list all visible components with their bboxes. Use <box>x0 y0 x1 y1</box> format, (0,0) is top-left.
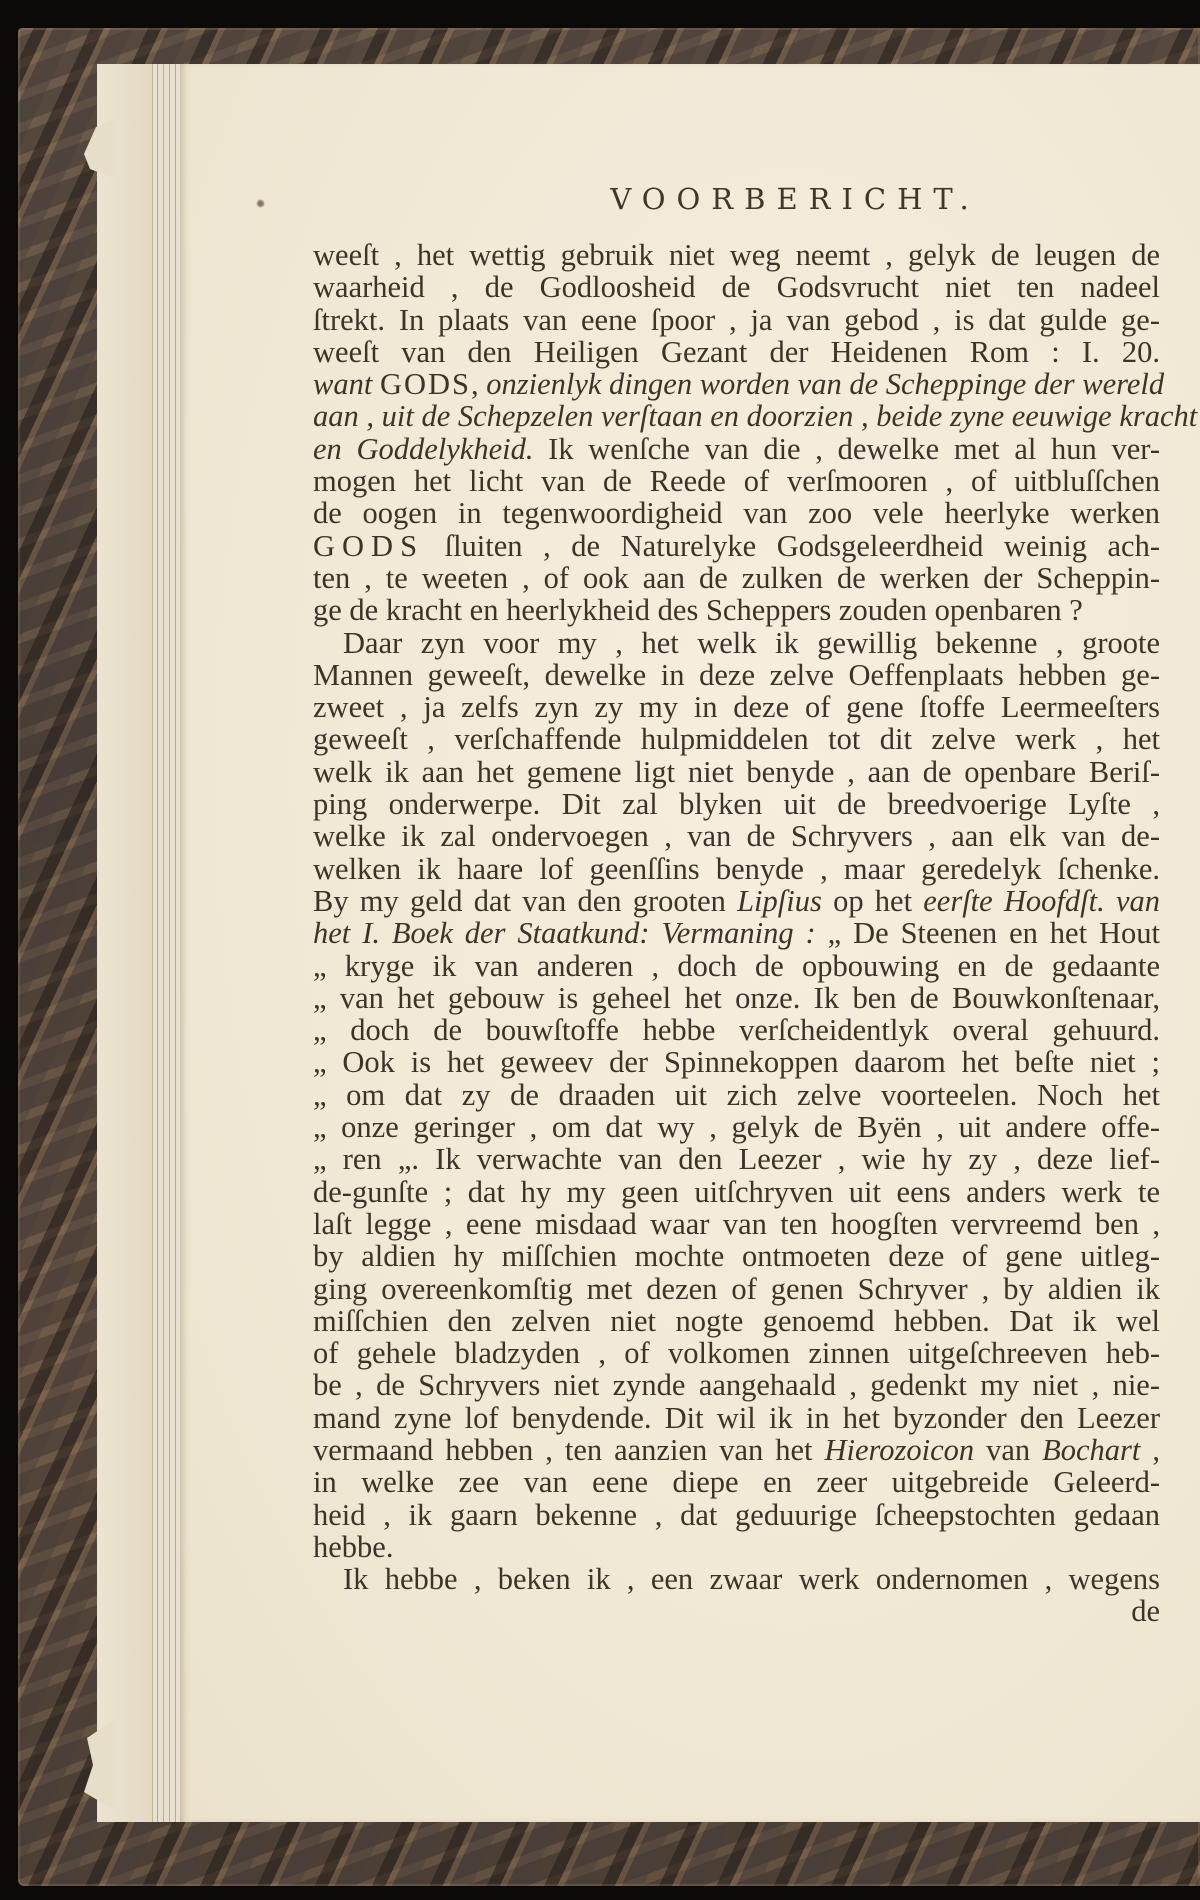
flyleaf <box>97 64 153 1822</box>
text-line: geweeſt , verſchaffende hulpmiddelen tot… <box>313 723 1160 755</box>
text-line: vermaand hebben , ten aanzien van het Hi… <box>313 1434 1160 1466</box>
text-run: de-gunſte ; dat hy my geen uitſchryven u… <box>313 1175 1160 1209</box>
text-run: Ik hebbe , beken ik , een zwaar werk ond… <box>343 1562 1160 1596</box>
text-run: op het <box>822 884 923 918</box>
text-run: GODS <box>380 367 471 401</box>
text-run: „ doch de bouwſtoffe hebbe verſcheidentl… <box>313 1013 1160 1047</box>
text-run: ten , te weeten , of ook aan de zulken d… <box>313 561 1160 595</box>
text-run: ge de kracht en heerlykheid des Schepper… <box>313 593 1083 627</box>
text-line: welk ik aan het gemene ligt niet benyde … <box>313 756 1160 788</box>
catchword: de <box>313 1595 1160 1627</box>
text-run: By my geld dat van den grooten <box>313 884 737 918</box>
text-line: „ onze geringer , om dat wy , gelyk de B… <box>313 1111 1160 1143</box>
text-line: „ Ook is het geweev der Spinnekoppen daa… <box>313 1046 1160 1078</box>
text-line: GODS ſluiten , de Naturelyke Godsgeleerd… <box>313 530 1160 562</box>
text-line: waarheid , de Godloosheid de Godsvrucht … <box>313 271 1160 303</box>
text-run: „ van het gebouw is geheel het onze. Ik … <box>313 981 1160 1015</box>
text-line: en Goddelykheid. Ik wenſche van die , de… <box>313 433 1160 465</box>
text-run: welken ik haare lof geenſſins benyde , m… <box>313 852 1160 886</box>
text-line: heid , ik gaarn bekenne , dat geduurige … <box>313 1499 1160 1531</box>
text-line: in welke zee van eene diepe en zeer uitg… <box>313 1466 1160 1498</box>
text-run: Daar zyn voor my , het welk ik gewillig … <box>343 626 1160 660</box>
italic-run: het I. Boek der Staatkund: Vermaning : <box>313 916 816 950</box>
text-run: welk ik aan het gemene ligt niet benyde … <box>313 755 1160 789</box>
text-line: Mannen geweeſt, dewelke in deze zelve Oe… <box>313 659 1160 691</box>
text-line: „ ren „. Ik verwachte van den Leezer , w… <box>313 1143 1160 1175</box>
text-line: ping onderwerpe. Dit zal blyken uit de b… <box>313 788 1160 820</box>
text-line: de-gunſte ; dat hy my geen uitſchryven u… <box>313 1176 1160 1208</box>
book-scan: VOORBERICHT. weeſt , het wettig gebruik … <box>0 0 1200 1900</box>
text-run: „ Ook is het geweev der Spinnekoppen daa… <box>313 1045 1160 1079</box>
text-line: het I. Boek der Staatkund: Vermaning : „… <box>313 917 1160 949</box>
text-run: of gehele bladzyden , of volkomen zinnen… <box>313 1336 1160 1370</box>
running-head: VOORBERICHT. <box>180 182 1200 216</box>
text-line: mogen het licht van de Reede of verſmoor… <box>313 465 1160 497</box>
text-run: ſtrekt. In plaats van eene ſpoor , ja va… <box>313 303 1160 337</box>
text-line: Daar zyn voor my , het welk ik gewillig … <box>313 627 1160 659</box>
text-run: welke ik zal ondervoegen , van de Schryv… <box>313 819 1160 853</box>
text-line: „ van het gebouw is geheel het onze. Ik … <box>313 982 1160 1014</box>
italic-run: aan , uit de Schepzelen verſtaan en door… <box>313 399 1197 433</box>
text-line: „ om dat zy de draaden uit zich zelve vo… <box>313 1079 1160 1111</box>
text-run: , <box>471 367 486 401</box>
text-run: ſluiten , de Naturelyke Godsgeleerdheid … <box>424 529 1160 563</box>
text-line: Ik hebbe , beken ik , een zwaar werk ond… <box>313 1563 1160 1595</box>
text-run: „ ren „. Ik verwachte van den Leezer , w… <box>313 1142 1160 1176</box>
italic-run: Lipſius <box>737 884 822 918</box>
text-run: „ onze geringer , om dat wy , gelyk de B… <box>313 1110 1160 1144</box>
text-run: „ De Steenen en het Hout <box>816 916 1160 950</box>
text-run: ging overeenkomſtig met dezen of genen S… <box>313 1272 1160 1306</box>
text-line: weeſt van den Heiligen Gezant der Heiden… <box>313 336 1160 368</box>
italic-run: eerſte Hoofdſt. van <box>923 884 1160 918</box>
text-line: weeſt , het wettig gebruik niet weg neem… <box>313 239 1160 271</box>
text-line: de oogen in tegenwoordigheid van zoo vel… <box>313 497 1160 529</box>
text-line: By my geld dat van den grooten Lipſius o… <box>313 885 1160 917</box>
text-run: mogen het licht van de Reede of verſmoor… <box>313 464 1160 498</box>
text-line: mand zyne lof benydende. Dit wil ik in h… <box>313 1402 1160 1434</box>
text-run: in welke zee van eene diepe en zeer uitg… <box>313 1465 1160 1499</box>
italic-run: Bochart <box>1042 1433 1140 1467</box>
text-run: van <box>974 1433 1042 1467</box>
text-run: be , de Schryvers niet zynde aangehaald … <box>313 1368 1160 1402</box>
text-run: laſt legge , eene misdaad waar van ten h… <box>313 1207 1160 1241</box>
text-run: GODS <box>313 529 424 563</box>
text-run: „ kryge ik van anderen , doch de opbouwi… <box>313 949 1160 983</box>
text-run: , <box>1140 1433 1160 1467</box>
text-line: ten , te weeten , of ook aan de zulken d… <box>313 562 1160 594</box>
text-line: welke ik zal ondervoegen , van de Schryv… <box>313 820 1160 852</box>
text-run: de oogen in tegenwoordigheid van zoo vel… <box>313 496 1160 530</box>
text-run: vermaand hebben , ten aanzien van het <box>313 1433 824 1467</box>
text-line: by aldien hy miſſchien mochte ontmoeten … <box>313 1240 1160 1272</box>
text-run: „ om dat zy de draaden uit zich zelve vo… <box>313 1078 1160 1112</box>
text-run: weeſt van den Heiligen Gezant der Heiden… <box>313 335 1160 369</box>
text-run: weeſt , het wettig gebruik niet weg neem… <box>313 238 1160 272</box>
text-line: ge de kracht en heerlykheid des Schepper… <box>313 594 1160 626</box>
text-run: by aldien hy miſſchien mochte ontmoeten … <box>313 1239 1160 1273</box>
text-line: of gehele bladzyden , of volkomen zinnen… <box>313 1337 1160 1369</box>
italic-run: onzienlyk dingen worden van de Schepping… <box>486 367 1164 401</box>
text-run: heid , ik gaarn bekenne , dat geduurige … <box>313 1498 1160 1532</box>
text-run: Ik wenſche van die , dewelke met al hun … <box>533 432 1160 466</box>
text-line: hebbe. <box>313 1531 1160 1563</box>
text-run: hebbe. <box>313 1530 393 1564</box>
text-line: miſſchien den zelven niet nogte genoemd … <box>313 1305 1160 1337</box>
text-line: „ doch de bouwſtoffe hebbe verſcheidentl… <box>313 1014 1160 1046</box>
text-run: zweet , ja zelfs zyn zy my in deze of ge… <box>313 690 1160 724</box>
text-run: ping onderwerpe. Dit zal blyken uit de b… <box>313 787 1160 821</box>
italic-run: en Goddelykheid. <box>313 432 533 466</box>
text-line: laſt legge , eene misdaad waar van ten h… <box>313 1208 1160 1240</box>
text-run: miſſchien den zelven niet nogte genoemd … <box>313 1304 1160 1338</box>
text-run: waarheid , de Godloosheid de Godsvrucht … <box>313 270 1160 304</box>
text-run: mand zyne lof benydende. Dit wil ik in h… <box>313 1401 1160 1435</box>
text-line: want GODS, onzienlyk dingen worden van d… <box>313 368 1160 400</box>
italic-run: want <box>313 367 380 401</box>
text-run: geweeſt , verſchaffende hulpmiddelen tot… <box>313 722 1160 756</box>
text-line: „ kryge ik van anderen , doch de opbouwi… <box>313 950 1160 982</box>
body-text: weeſt , het wettig gebruik niet weg neem… <box>313 239 1160 1628</box>
text-line: zweet , ja zelfs zyn zy my in deze of ge… <box>313 691 1160 723</box>
text-line: ſtrekt. In plaats van eene ſpoor , ja va… <box>313 304 1160 336</box>
text-line: welken ik haare lof geenſſins benyde , m… <box>313 853 1160 885</box>
italic-run: Hierozoicon <box>824 1433 974 1467</box>
text-line: ging overeenkomſtig met dezen of genen S… <box>313 1273 1160 1305</box>
text-run: Mannen geweeſt, dewelke in deze zelve Oe… <box>313 658 1160 692</box>
text-line: be , de Schryvers niet zynde aangehaald … <box>313 1369 1160 1401</box>
text-line: aan , uit de Schepzelen verſtaan en door… <box>313 400 1160 432</box>
book-page: VOORBERICHT. weeſt , het wettig gebruik … <box>180 64 1200 1822</box>
